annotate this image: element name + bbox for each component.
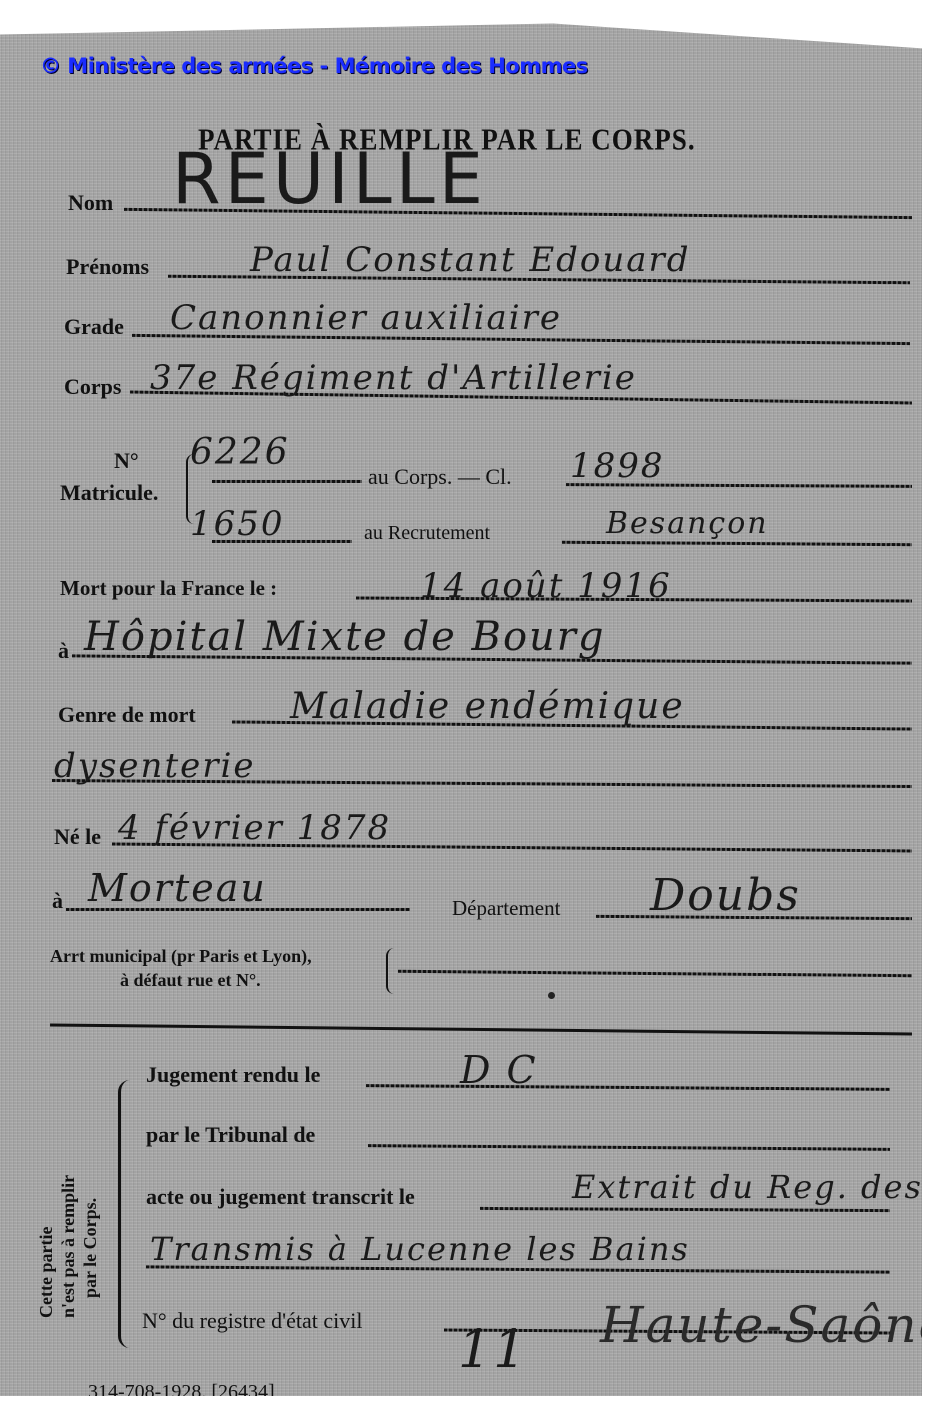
label-ne-le: Né le: [54, 824, 101, 850]
value-lieu-naissance: Morteau: [88, 866, 267, 910]
label-arr-municipal-2: à défaut rue et N°.: [120, 970, 261, 991]
label-arr-municipal-1: Arrt municipal (pr Paris et Lyon),: [50, 946, 312, 967]
side-note: Cette partie n'est pas à remplir par le …: [36, 1118, 146, 1318]
rule-recrutement: [562, 541, 912, 546]
label-tribunal: par le Tribunal de: [146, 1122, 315, 1148]
value-registre: 11: [458, 1320, 528, 1380]
value-genre-mort-2: dysenterie: [54, 746, 255, 786]
label-lieu-naissance: à: [52, 888, 63, 914]
rule-tribunal: [368, 1144, 890, 1151]
rule-arr-municipal: [398, 970, 912, 977]
value-transcrit: Extrait du Reg. des D.: [572, 1168, 944, 1206]
label-registre: N° du registre d'état civil: [142, 1308, 362, 1334]
label-jugement: Jugement rendu le: [146, 1062, 320, 1088]
label-au-corps: au Corps. — Cl.: [368, 464, 512, 490]
label-no: N°: [114, 448, 139, 474]
value-grade: Canonnier auxiliaire: [170, 298, 562, 338]
value-jugement: D C: [460, 1048, 538, 1092]
copyright-watermark: © Ministère des armées - Mémoire des Hom…: [40, 54, 588, 78]
label-corps: Corps: [64, 374, 121, 400]
label-transcrit: acte ou jugement transcrit le: [146, 1184, 415, 1210]
value-genre-mort: Maladie endémique: [290, 686, 685, 727]
side-note-line-1: Cette partie: [36, 1227, 57, 1318]
value-lieu-mort: Hôpital Mixte de Bourg: [84, 614, 606, 660]
section-divider: [50, 1023, 912, 1035]
label-grade: Grade: [64, 314, 124, 340]
value-transcrit-2: Transmis à Lucenne les Bains: [150, 1230, 690, 1268]
value-ne-le: 4 février 1878: [118, 808, 391, 848]
label-mort: Mort pour la France le :: [60, 576, 277, 601]
rule-transcrit: [480, 1207, 890, 1212]
print-reference: 314-708-1928. [26434]: [88, 1381, 275, 1404]
label-genre-mort: Genre de mort: [58, 702, 196, 728]
value-recrutement-place: Besançon: [606, 506, 769, 541]
rule-no-corps: [212, 480, 362, 483]
label-au-recrutement: au Recrutement: [364, 522, 490, 545]
label-lieu-mort: à: [58, 638, 69, 664]
document-card: © Ministère des armées - Mémoire des Hom…: [0, 18, 922, 1396]
value-corps: 37e Régiment d'Artillerie: [150, 358, 637, 398]
value-no-corps: 6226: [190, 432, 290, 473]
value-classe: 1898: [570, 446, 665, 486]
label-matricule: Matricule.: [60, 480, 158, 506]
side-note-line-2: n'est pas à remplir: [58, 1175, 79, 1318]
value-mort: 14 août 1916: [420, 566, 672, 606]
label-departement: Département: [452, 896, 560, 921]
arr-brace: [386, 948, 398, 994]
value-no-recrutement: 1650: [190, 504, 285, 544]
value-departement: Doubs: [650, 870, 801, 921]
rule-jugement: [366, 1084, 890, 1091]
ink-spot: [548, 992, 555, 999]
annotation-registre: Haute-Saône: [600, 1296, 944, 1354]
value-nom: REUILLE: [172, 138, 487, 220]
label-nom: Nom: [68, 190, 113, 216]
value-prenoms: Paul Constant Edouard: [250, 240, 691, 280]
label-prenoms: Prénoms: [66, 254, 149, 280]
side-note-line-3: par le Corps.: [80, 1198, 101, 1298]
